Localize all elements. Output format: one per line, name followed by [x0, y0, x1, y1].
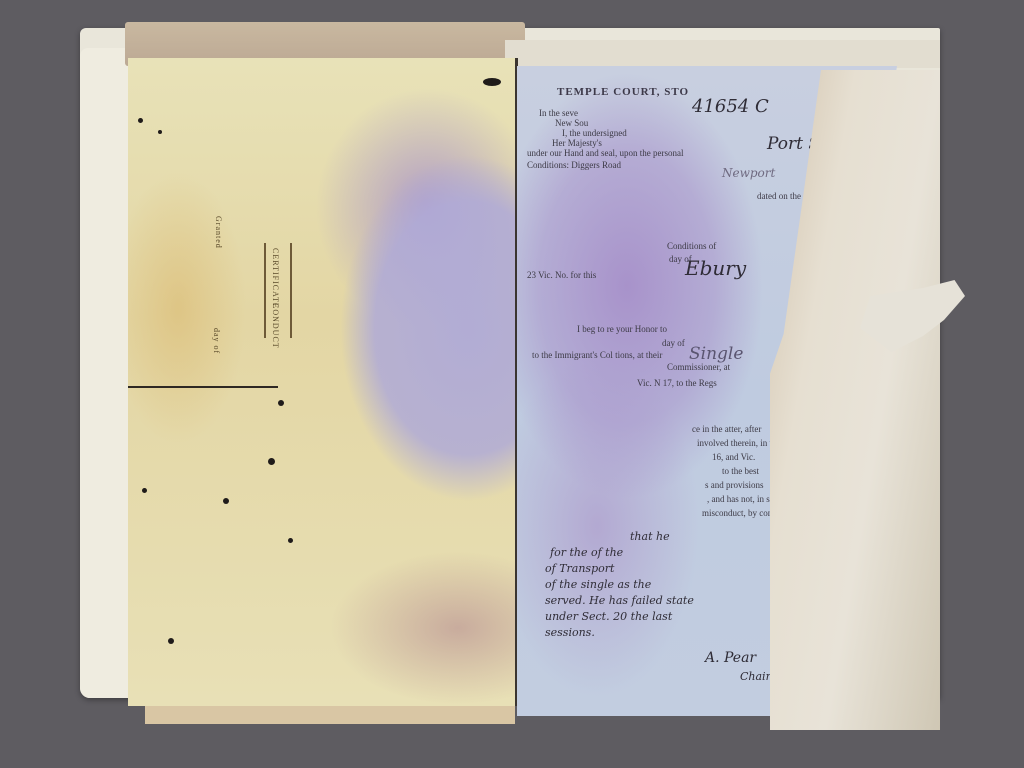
printed-line: , and has not, in s — [707, 494, 770, 504]
printed-line: I beg to re your Honor to — [577, 324, 667, 334]
printed-line: 16, and Vic. — [712, 452, 755, 462]
printed-line: 23 Vic. No. for this — [527, 270, 596, 280]
mold-spot — [158, 130, 162, 134]
mold-spot — [138, 118, 143, 123]
mold-spot — [278, 400, 284, 406]
mold-spot — [223, 498, 229, 504]
printed-line: Conditions: Diggers Road — [527, 160, 621, 170]
handwritten-line: that he — [630, 530, 670, 543]
handwritten-line: for the of the — [550, 546, 623, 559]
printed-line: to the Immigrant's Col tions, at their — [532, 350, 662, 360]
stamp-rule-left — [264, 243, 266, 338]
printed-line: Conditions of — [667, 241, 716, 251]
stamp-rule-right — [290, 243, 292, 338]
printed-header: TEMPLE COURT, STO — [557, 86, 689, 98]
handwritten-line: sessions. — [545, 626, 595, 639]
handwritten-line: of the single as the — [545, 578, 651, 591]
certificate-stamp-text: CERTIFICATE — [271, 248, 280, 309]
handwritten-name: Ebury — [685, 256, 746, 280]
handwritten-line: under Sect. 20 the last — [545, 610, 672, 623]
printed-line: under our Hand and seal, upon the person… — [527, 148, 683, 158]
printed-line: to the best — [722, 466, 759, 476]
handwritten-line: served. He has failed state — [545, 594, 694, 607]
printed-line: dated on the — [757, 191, 801, 201]
printed-line: day of — [662, 338, 685, 348]
handwritten-place-2: Newport — [722, 166, 775, 180]
printed-line: Vic. N 17, to the Regs — [637, 378, 717, 388]
printed-line: s and provisions — [705, 480, 764, 490]
handwritten-paragraph: that he for the of the of Transport of t… — [540, 530, 770, 640]
day-of-text: day of — [212, 328, 221, 354]
signature: A. Pear — [705, 650, 756, 666]
printed-line: involved therein, in w — [697, 438, 776, 448]
book-page-backing — [505, 40, 940, 68]
printed-line: misconduct, by conm — [702, 508, 779, 518]
printed-line: New Sou — [555, 118, 588, 128]
printed-line: Her Majesty's — [552, 138, 602, 148]
page-fold-line — [128, 386, 278, 388]
mold-spot — [168, 638, 174, 644]
printed-line: In the seve — [539, 108, 578, 118]
printed-line: I, the undersigned — [562, 128, 627, 138]
handwritten-term: Single — [689, 344, 743, 364]
conduct-stamp-text: CONDUCT — [271, 303, 280, 349]
left-page: Granted day of CERTIFICATE CONDUCT — [128, 58, 518, 706]
mold-spot — [483, 78, 501, 86]
granted-text: Granted — [214, 216, 223, 249]
handwritten-line: of Transport — [545, 562, 614, 575]
mold-spot — [142, 488, 147, 493]
mold-spot — [288, 538, 293, 543]
mold-spot — [268, 458, 275, 465]
handwritten-number: 41654 C — [692, 96, 769, 117]
printed-line: ce in the atter, after — [692, 424, 761, 434]
signature-title: Chair — [740, 670, 771, 683]
